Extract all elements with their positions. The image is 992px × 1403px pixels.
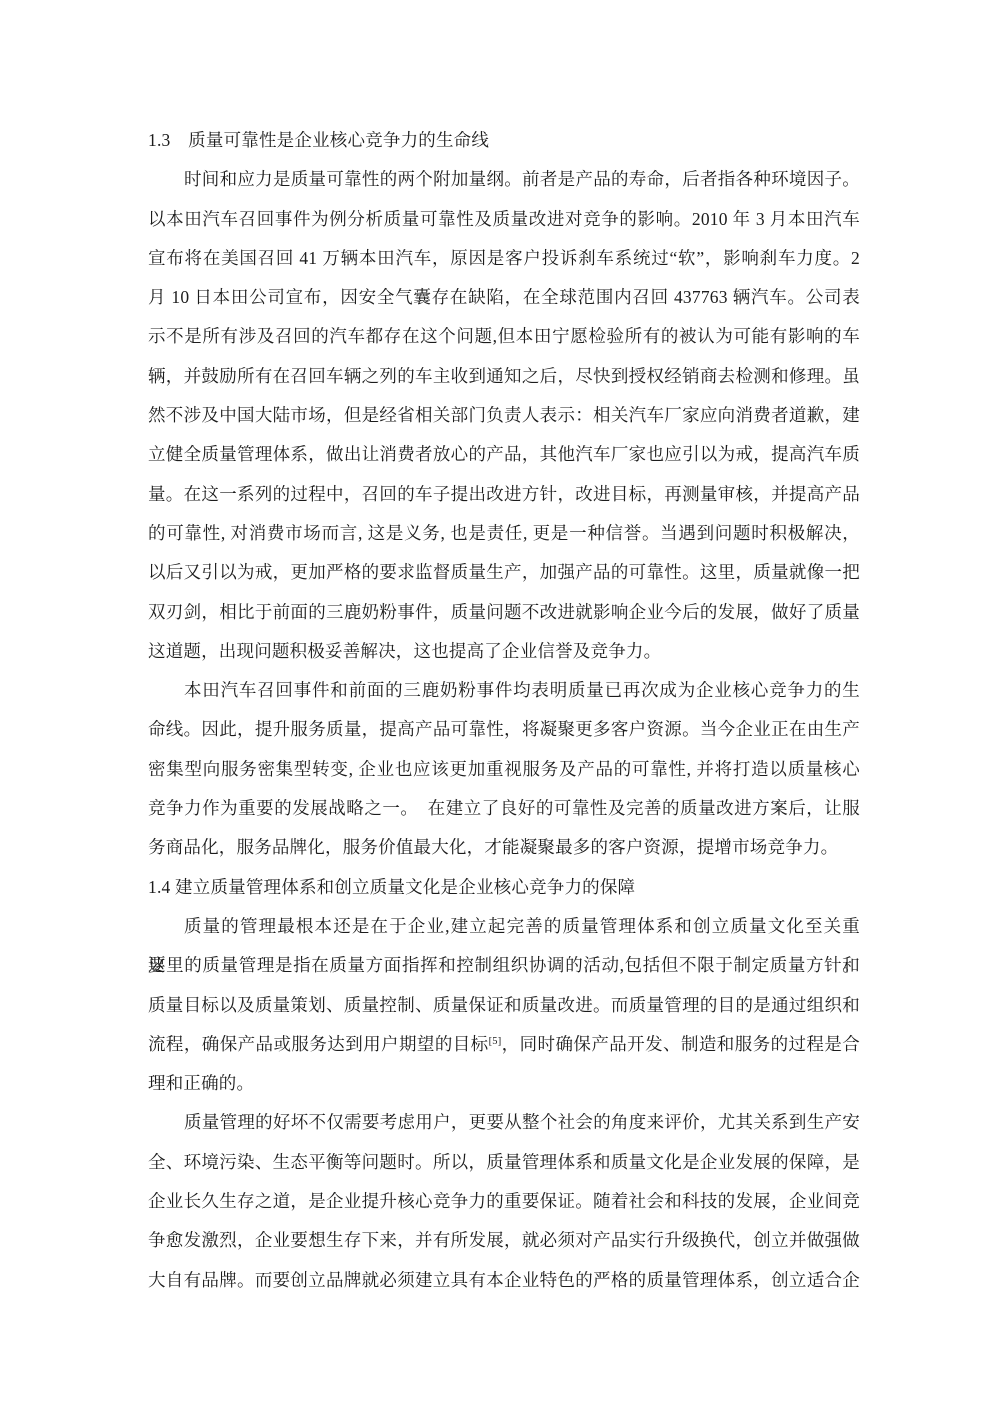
text-line: 争愈发激烈，企业要想生存下来，并有所发展，就必须对产品实行升级换代，创立并做强做	[148, 1221, 860, 1260]
text-line: 以后又引以为戒，更加严格的要求监督质量生产，加强产品的可靠性。这里，质量就像一把	[148, 553, 860, 592]
document-page: 1.3 质量可靠性是企业核心竞争力的生命线时间和应力是质量可靠性的两个附加量纲。…	[0, 0, 992, 1403]
text-line: 务商品化，服务品牌化，服务价值最大化，才能凝聚最多的客户资源，提增市场竞争力。	[148, 828, 860, 867]
text-line: 流程，确保产品或服务达到用户期望的目标[5]，同时确保产品开发、制造和服务的过程…	[148, 1025, 860, 1064]
text-line: 大自有品牌。而要创立品牌就必须建立具有本企业特色的严格的质量管理体系，创立适合企	[148, 1261, 860, 1300]
text-line: 质量的管理最根本还是在于企业,建立起完善的质量管理体系和创立质量文化至关重要。	[148, 907, 860, 946]
text-line: 命线。因此，提升服务质量，提高产品可靠性，将凝聚更多客户资源。当今企业正在由生产	[148, 710, 860, 749]
text-line: 以本田汽车召回事件为例分析质量可靠性及质量改进对竞争的影响。2010 年 3 月…	[148, 200, 860, 239]
text-line: 然不涉及中国大陆市场，但是经省相关部门负责人表示：相关汽车厂家应向消费者道歉，建	[148, 396, 860, 435]
text-line: 企业长久生存之道，是企业提升核心竞争力的重要保证。随着社会和科技的发展，企业间竞	[148, 1182, 860, 1221]
text-line: 这里的质量管理是指在质量方面指挥和控制组织协调的活动,包括但不限于制定质量方针和	[148, 946, 860, 985]
text-line: 的可靠性, 对消费市场而言, 这是义务, 也是责任, 更是一种信誉。当遇到问题时…	[148, 514, 860, 553]
heading-1-4: 1.4 建立质量管理体系和创立质量文化是企业核心竞争力的保障	[148, 868, 860, 907]
text-line: 月 10 日本田公司宣布，因安全气囊存在缺陷，在全球范围内召回 437763 辆…	[148, 278, 860, 317]
text-line: 示不是所有涉及召回的汽车都存在这个问题,但本田宁愿检验所有的被认为可能有影响的车	[148, 317, 860, 356]
citation-ref: [5]	[489, 1036, 502, 1047]
text-line: 时间和应力是质量可靠性的两个附加量纲。前者是产品的寿命，后者指各种环境因子。	[148, 160, 860, 199]
text-line: 竞争力作为重要的发展战略之一。 在建立了良好的可靠性及完善的质量改进方案后，让服	[148, 789, 860, 828]
text-line: 理和正确的。	[148, 1064, 860, 1103]
document-content: 1.3 质量可靠性是企业核心竞争力的生命线时间和应力是质量可靠性的两个附加量纲。…	[148, 121, 860, 1300]
text-line: 全、环境污染、生态平衡等问题时。所以，质量管理体系和质量文化是企业发展的保障，是	[148, 1143, 860, 1182]
text-line: 本田汽车召回事件和前面的三鹿奶粉事件均表明质量已再次成为企业核心竞争力的生	[148, 671, 860, 710]
text-line: 这道题，出现问题积极妥善解决，这也提高了企业信誉及竞争力。	[148, 632, 860, 671]
text-line: 密集型向服务密集型转变, 企业也应该更加重视服务及产品的可靠性, 并将打造以质量…	[148, 750, 860, 789]
text-line: 立健全质量管理体系，做出让消费者放心的产品，其他汽车厂家也应引以为戒，提高汽车质	[148, 435, 860, 474]
text-line: 质量管理的好坏不仅需要考虑用户，更要从整个社会的角度来评价，尤其关系到生产安	[148, 1103, 860, 1142]
text-line: 量。在这一系列的过程中，召回的车子提出改进方针，改进目标，再测量审核，并提高产品	[148, 475, 860, 514]
text-line: 双刃剑，相比于前面的三鹿奶粉事件，质量问题不改进就影响企业今后的发展，做好了质量	[148, 593, 860, 632]
text-line: 宣布将在美国召回 41 万辆本田汽车，原因是客户投诉刹车系统过“软”，影响刹车力…	[148, 239, 860, 278]
heading-1-3: 1.3 质量可靠性是企业核心竞争力的生命线	[148, 121, 860, 160]
text-line: 质量目标以及质量策划、质量控制、质量保证和质量改进。而质量管理的目的是通过组织和	[148, 986, 860, 1025]
text-line: 辆，并鼓励所有在召回车辆之列的车主收到通知之后，尽快到授权经销商去检测和修理。虽	[148, 357, 860, 396]
